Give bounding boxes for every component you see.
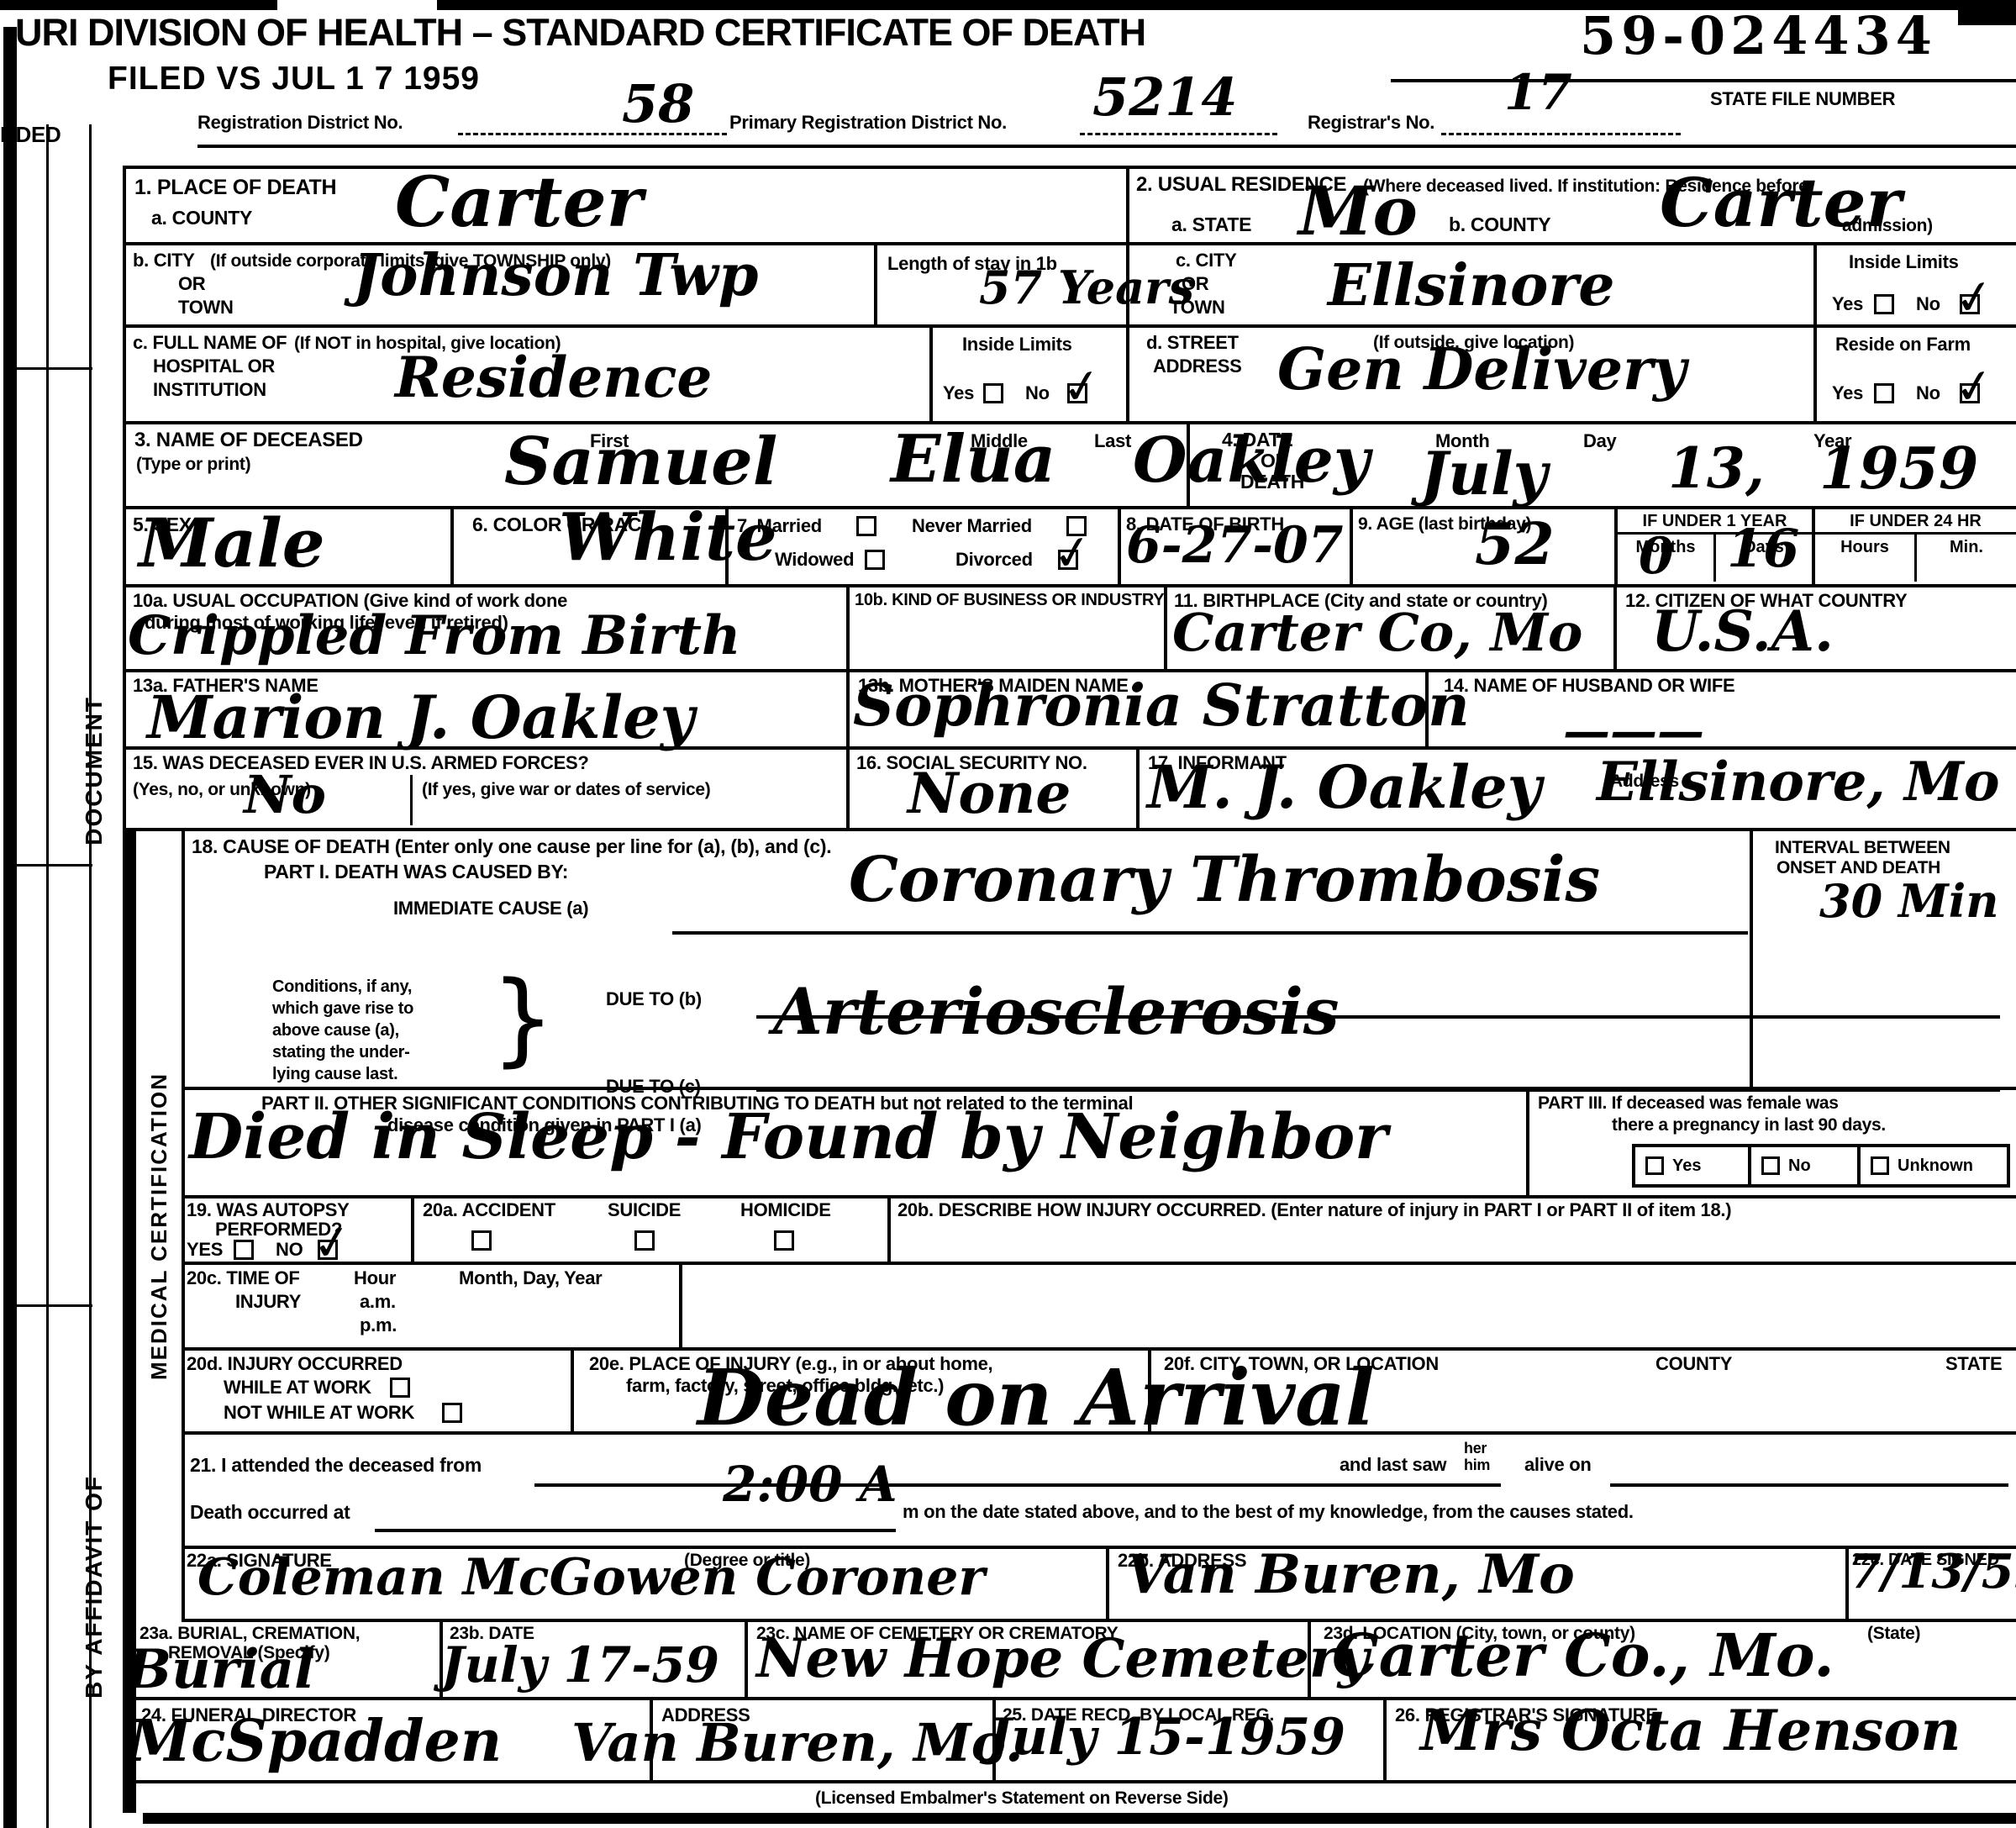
embalmer-footer-note: (Licensed Embalmer's Statement on Revers… <box>815 1788 1229 1809</box>
street-address-label: d. STREET <box>1146 333 1239 354</box>
medical-certification-vertical-label: MEDICAL CERTIFICATION <box>146 1072 172 1380</box>
alive-on-label: alive on <box>1524 1455 1592 1476</box>
residence-inside-limits-yes-checkbox <box>1874 294 1894 314</box>
not-while-at-work-label: NOT WHILE AT WORK <box>224 1403 414 1424</box>
attended-from-blank-line <box>534 1483 1501 1487</box>
hw-hospital-or-institution: Residence <box>395 353 712 403</box>
name-of-deceased-label: 3. NAME OF DECEASED <box>134 429 363 452</box>
registration-district-value-handwritten: 58 <box>622 81 694 128</box>
if-under-24-hr-label: IF UNDER 24 HR <box>1815 509 2016 535</box>
residence-inside-limits-yes-label: Yes <box>1832 294 1863 315</box>
header-rule <box>197 145 2016 148</box>
autopsy-yes-label: YES <box>187 1240 223 1261</box>
homicide-checkbox <box>774 1230 794 1251</box>
hw-armed-forces: No <box>244 772 326 819</box>
kind-of-business-label: 10b. KIND OF BUSINESS OR INDUSTRY <box>855 591 1164 609</box>
margin-label-document: DOCUMENT <box>81 696 116 940</box>
state-file-number-underline <box>1391 79 2016 82</box>
her-him-stack: her him <box>1464 1440 1490 1473</box>
field-reside-on-farm: Reside on Farm Yes No <box>1817 328 2016 421</box>
hour-label: Hour <box>354 1268 396 1289</box>
pregnancy-unknown-label: Unknown <box>1898 1156 1973 1176</box>
street-address-label2: ADDRESS <box>1153 356 1241 377</box>
hw-burial-date: July 17-59 <box>441 1643 719 1687</box>
hw-burial-type: Burial <box>126 1646 314 1694</box>
hw-last-name: Oakley <box>1133 433 1370 489</box>
time-of-injury-label2: INJURY <box>235 1292 301 1313</box>
field-pregnancy: PART III. If deceased was female was the… <box>1529 1090 2013 1195</box>
field-kind-of-business: 10b. KIND OF BUSINESS OR INDUSTRY <box>850 587 1167 669</box>
field-husband-or-wife: 14. NAME OF HUSBAND OR WIFE <box>1429 672 2016 746</box>
month-day-year-label: Month, Day, Year <box>459 1268 602 1289</box>
armed-forces-hint2: (If yes, give war or dates of service) <box>422 780 710 800</box>
primary-registration-district-blank <box>1080 133 1277 135</box>
armed-forces-divider <box>410 775 413 825</box>
conditions-note-line5: lying cause last. <box>272 1063 413 1085</box>
death-occurred-statement: m on the date stated above, and to the b… <box>903 1502 1634 1523</box>
place-inside-limits-yes-checkbox <box>983 383 1003 403</box>
pregnancy-yes-label: Yes <box>1672 1156 1701 1176</box>
residence-inside-limits-label: Inside Limits <box>1849 252 1959 273</box>
state-file-number-value: 59-024434 <box>1580 7 1937 65</box>
describe-injury-label: 20b. DESCRIBE HOW INJURY OCCURRED. (Ente… <box>897 1200 1731 1221</box>
part3-label1: PART III. If deceased was female was <box>1538 1093 1839 1114</box>
hw-due-to-c: Arteriosclerosis <box>773 983 1340 1040</box>
interval-label1: INTERVAL BETWEEN <box>1775 838 1950 858</box>
attended-from-label: 21. I attended the deceased from <box>190 1455 482 1477</box>
field-interval-onset-death: INTERVAL BETWEEN ONSET AND DEATH <box>1753 831 2013 1087</box>
hw-age-months: 0 <box>1639 534 1674 579</box>
pregnancy-unknown-checkbox <box>1871 1156 1889 1175</box>
field-autopsy: 19. WAS AUTOPSY PERFORMED? YES NO <box>182 1198 414 1262</box>
due-to-c-blank-line <box>756 1088 2000 1092</box>
hospital-label3: INSTITUTION <box>153 380 266 401</box>
hw-mothers-maiden-name: Sophronia Stratton <box>853 681 1470 732</box>
am-label: a.m. <box>360 1292 396 1313</box>
accident-checkbox <box>471 1230 492 1251</box>
reside-on-farm-yes-label: Yes <box>1832 383 1863 404</box>
page-title: URI DIVISION OF HEALTH – STANDARD CERTIF… <box>15 12 1145 54</box>
hw-place-county: Carter <box>395 172 643 234</box>
hw-date-of-birth: 6-27-07 <box>1126 523 1344 568</box>
death-occurred-blank-line <box>375 1529 896 1532</box>
hospital-label: c. FULL NAME OF <box>133 333 287 354</box>
while-at-work-checkbox <box>390 1378 410 1398</box>
registrars-no-label: Registrar's No. <box>1308 113 1434 134</box>
armed-forces-label: 15. WAS DECEASED EVER IN U.S. ARMED FORC… <box>133 753 588 774</box>
hw-fathers-name: Marion J. Oakley <box>147 691 694 744</box>
hw-death-year: 1959 <box>1819 444 1978 495</box>
conditions-note-line2: which gave rise to <box>272 998 413 1019</box>
reside-on-farm-no-label: No <box>1916 383 1940 404</box>
last-name-label: Last <box>1094 431 1131 452</box>
hw-occupation: Crippled From Birth <box>128 612 740 661</box>
state-file-number-label: STATE FILE NUMBER <box>1710 89 1895 110</box>
hw-date-signed: 7/13/59 <box>1849 1551 2016 1593</box>
reside-on-farm-no-checkbox <box>1960 383 1980 403</box>
document-vertical-label: DOCUMENT <box>81 696 108 846</box>
suicide-label: SUICIDE <box>608 1200 681 1221</box>
pm-label: p.m. <box>360 1315 397 1336</box>
autopsy-yes-checkbox <box>234 1240 254 1260</box>
part1-label: PART I. DEATH WAS CAUSED BY: <box>264 861 568 883</box>
autopsy-no-label: NO <box>276 1240 303 1261</box>
margin-tick-1 <box>17 367 92 370</box>
residence-inside-limits-no-checkbox <box>1960 294 1980 314</box>
injury-county-label: COUNTY <box>1655 1354 1732 1375</box>
death-certificate-scan: DOCUMENT BY AFFIDAVIT OF MEDICAL CERTIFI… <box>0 0 2016 1828</box>
married-checkbox <box>856 516 876 536</box>
conditions-note-line1: Conditions, if any, <box>272 976 413 998</box>
time-of-injury-label1: 20c. TIME OF <box>187 1268 300 1289</box>
amended-stamp-fragment: NDED <box>0 123 61 147</box>
reside-on-farm-label: Reside on Farm <box>1835 335 1971 356</box>
field-armed-forces: 15. WAS DECEASED EVER IN U.S. ARMED FORC… <box>126 750 850 828</box>
pregnancy-no-checkbox <box>1761 1156 1780 1175</box>
field-time-of-injury: 20c. TIME OF INJURY Hour a.m. p.m. Month… <box>182 1265 682 1347</box>
scan-edge-left-bar <box>3 27 17 1828</box>
hw-residence-city: Ellsinore <box>1328 261 1615 312</box>
pregnancy-no-label: No <box>1788 1156 1811 1176</box>
residence-inside-limits-no-label: No <box>1916 294 1940 315</box>
injury-state-label: STATE <box>1945 1354 2002 1375</box>
due-to-b-label: DUE TO (b) <box>606 989 702 1010</box>
divorced-label: Divorced <box>955 550 1033 571</box>
him-label: him <box>1464 1457 1490 1473</box>
row-time-of-injury: 20c. TIME OF INJURY Hour a.m. p.m. Month… <box>182 1265 2016 1351</box>
hw-middle-name: Elua <box>891 430 1055 489</box>
hw-other-conditions: Died in Sleep - Found by Neighbor <box>189 1109 1387 1166</box>
hw-social-security: None <box>908 769 1071 819</box>
pregnancy-unknown-cell: Unknown <box>1861 1147 2007 1184</box>
registrars-no-blank <box>1441 133 1681 135</box>
hospital-label2: HOSPITAL OR <box>153 356 275 377</box>
city-or-label: OR <box>178 274 205 295</box>
homicide-label: HOMICIDE <box>740 1200 831 1221</box>
hw-certifier-signature: Coleman McGowen Coroner <box>197 1555 985 1600</box>
hw-date-received: July 15-1959 <box>987 1715 1345 1760</box>
primary-registration-district-value-handwritten: 5214 <box>1092 74 1238 121</box>
widowed-label: Widowed <box>775 550 854 571</box>
min-label: Min. <box>1917 535 2016 582</box>
filed-date-stamp: FILED VS JUL 1 7 1959 <box>108 61 480 97</box>
registrars-no-value-handwritten: 17 <box>1504 71 1572 114</box>
hw-funeral-director-address: Van Buren, Mo. <box>571 1720 1024 1767</box>
last-saw-label: and last saw <box>1340 1455 1446 1476</box>
place-inside-limits-no-checkbox <box>1067 383 1087 403</box>
hw-age: 52 <box>1475 519 1555 571</box>
day-label: Day <box>1583 431 1616 452</box>
hw-husband-or-wife: ——— <box>1563 710 1704 752</box>
name-of-deceased-hint: (Type or print) <box>136 455 250 475</box>
immediate-cause-label: IMMEDIATE CAUSE (a) <box>393 898 588 919</box>
alive-on-blank-line <box>1610 1483 2008 1487</box>
hw-race: White <box>559 508 777 567</box>
pregnancy-no-cell: No <box>1751 1147 1861 1184</box>
hw-street-address: Gen Delivery <box>1277 345 1686 396</box>
hw-age-days: 16 <box>1727 525 1799 572</box>
accident-label: 20a. ACCIDENT <box>423 1200 555 1221</box>
cause-of-death-title: 18. CAUSE OF DEATH (Enter only one cause… <box>192 836 831 858</box>
cemetery-state-label: (State) <box>1867 1624 1920 1644</box>
scan-edge-top-left <box>0 0 277 10</box>
hw-funeral-director: McSpadden <box>128 1716 502 1767</box>
hw-residence-state: Mo <box>1298 181 1418 241</box>
widowed-checkbox <box>865 550 885 570</box>
place-inside-limits-label: Inside Limits <box>962 335 1072 356</box>
residence-county-label: b. COUNTY <box>1449 214 1550 236</box>
pregnancy-yes-checkbox <box>1645 1156 1664 1175</box>
divorced-checkbox <box>1058 550 1078 570</box>
her-label: her <box>1464 1440 1490 1457</box>
scan-corner-blotch <box>1958 0 2016 25</box>
injury-occurred-label: 20d. INJURY OCCURRED <box>187 1354 403 1375</box>
field-marital-status: 7. Married Never Married Widowed Divorce… <box>729 509 1121 584</box>
hw-death-day: 13, <box>1668 444 1765 493</box>
hw-sex: Male <box>139 513 325 573</box>
margin-label-affidavit: BY AFFIDAVIT OF <box>81 1475 116 1811</box>
conditions-note-line3: above cause (a), <box>272 1019 413 1041</box>
death-occurred-at-label: Death occurred at <box>190 1502 350 1524</box>
hw-citizen: U.S.A. <box>1651 607 1834 656</box>
hw-immediate-cause: Coronary Thrombosis <box>849 852 1600 909</box>
field-residence-inside-limits: Inside Limits Yes No <box>1817 245 2016 324</box>
conditions-note: Conditions, if any, which gave rise to a… <box>272 976 413 1085</box>
place-inside-limits-yes-label: Yes <box>943 383 974 404</box>
field-if-under-24-hr: IF UNDER 24 HR Hours Min. <box>1815 509 2016 584</box>
immediate-cause-blank-line <box>672 931 1748 935</box>
place-inside-limits-no-label: No <box>1025 383 1050 404</box>
registration-district-label: Registration District No. <box>197 113 403 134</box>
suicide-checkbox <box>634 1230 655 1251</box>
hw-certifier-address: Van Buren, Mo <box>1126 1551 1575 1599</box>
hw-informant: M. J. Oakley <box>1147 761 1541 814</box>
field-describe-injury: 20b. DESCRIBE HOW INJURY OCCURRED. (Ente… <box>891 1198 2013 1262</box>
hw-interval: 30 Min <box>1819 881 1999 922</box>
scan-edge-bottom-bar <box>143 1813 2016 1824</box>
husband-or-wife-label: 14. NAME OF HUSBAND OR WIFE <box>1444 676 1734 697</box>
medical-certification-band: MEDICAL CERTIFICATION <box>136 831 185 1622</box>
place-of-death-title: 1. PLACE OF DEATH <box>134 176 336 199</box>
margin-rule-1 <box>46 124 49 1828</box>
field-accident-suicide-homicide: 20a. ACCIDENT SUICIDE HOMICIDE <box>414 1198 891 1262</box>
field-place-inside-limits: Inside Limits Yes No <box>933 328 1129 421</box>
conditions-brace: } <box>491 969 555 1070</box>
margin-tick-3 <box>17 1304 92 1307</box>
by-affidavit-of-vertical-label: BY AFFIDAVIT OF <box>81 1475 108 1699</box>
while-at-work-label: WHILE AT WORK <box>224 1378 371 1399</box>
not-while-at-work-checkbox <box>442 1403 462 1423</box>
hw-length-of-stay: 57 Years <box>979 267 1194 308</box>
pregnancy-yes-cell: Yes <box>1635 1147 1751 1184</box>
pregnancy-checkbox-strip: Yes No Unknown <box>1632 1144 2010 1188</box>
hw-first-name: Samuel <box>504 433 777 492</box>
hw-death-month: July <box>1420 447 1547 500</box>
hw-cemetery-location: Carter Co., Mo. <box>1332 1629 1834 1682</box>
residence-state-label: a. STATE <box>1171 214 1251 236</box>
city-label: b. CITY <box>133 250 195 271</box>
hw-birthplace: Carter Co, Mo <box>1172 609 1582 656</box>
hw-place-city: Johnson Twp <box>353 250 758 302</box>
hw-place-of-injury: Dead on Arrival <box>697 1363 1375 1433</box>
part3-label2: there a pregnancy in last 90 days. <box>1612 1115 1886 1135</box>
city-town-label: TOWN <box>178 298 234 319</box>
primary-registration-district-label: Primary Registration District No. <box>729 113 1007 134</box>
hw-registrar-signature: Mrs Octa Henson <box>1420 1706 1961 1756</box>
county-label: a. COUNTY <box>151 208 252 229</box>
hours-label: Hours <box>1815 535 1917 582</box>
hw-cemetery-name: New Hope Cemetery <box>756 1635 1369 1683</box>
field-injury-at-work: 20d. INJURY OCCURRED WHILE AT WORK NOT W… <box>182 1351 574 1431</box>
conditions-note-line4: stating the under- <box>272 1041 413 1063</box>
hw-informant-address: Ellsinore, Mo <box>1597 758 2000 807</box>
row-autopsy-accident: 19. WAS AUTOPSY PERFORMED? YES NO 20a. A… <box>182 1198 2016 1265</box>
autopsy-no-checkbox <box>318 1240 338 1260</box>
hw-death-time: 2:00 A <box>723 1462 897 1506</box>
time-of-injury-blank-area <box>682 1265 2016 1347</box>
hw-residence-county: Carter <box>1660 172 1902 233</box>
never-married-label: Never Married <box>912 516 1032 537</box>
reside-on-farm-yes-checkbox <box>1874 383 1894 403</box>
